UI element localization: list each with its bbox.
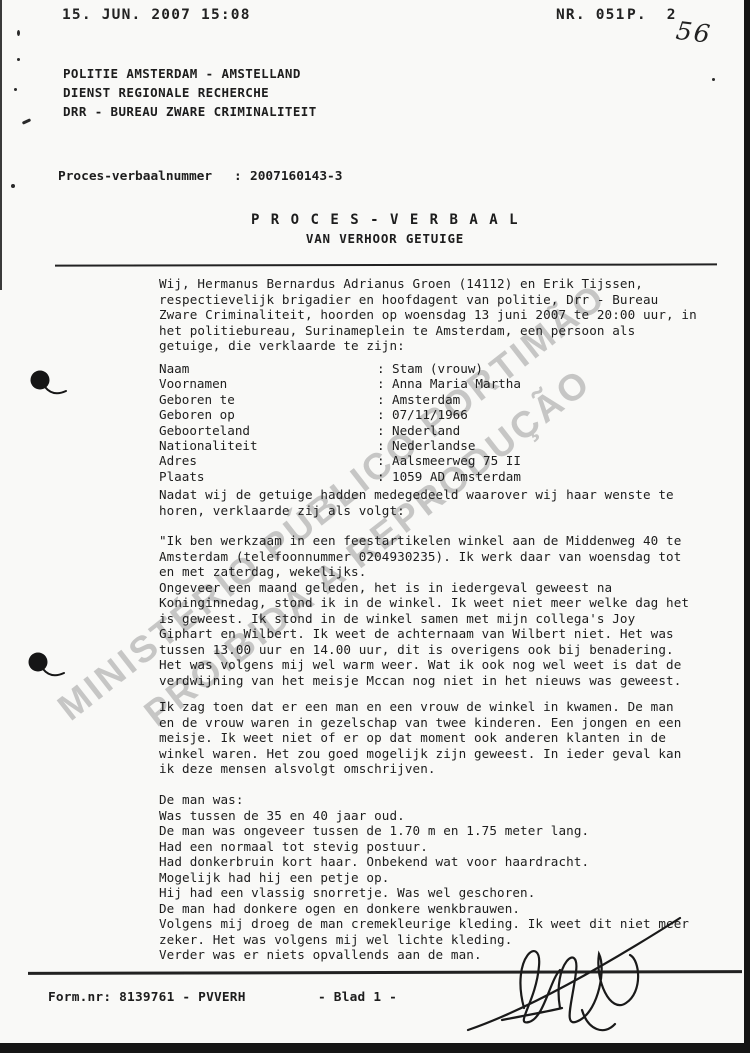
- witness-field-row: Geboren te:Amsterdam: [159, 392, 521, 407]
- field-separator: :: [377, 453, 392, 468]
- fax-page-number: P. 2: [627, 7, 677, 23]
- scan-speck: [14, 88, 17, 91]
- witness-field-row: Geboren op:07/11/1966: [159, 407, 521, 422]
- scan-speck: [17, 30, 20, 36]
- statement-paragraph-sighting: Ik zag toen dat er een man en een vrouw …: [159, 699, 681, 777]
- witness-field-row: Adres:Aalsmeerweg 75 II: [159, 453, 521, 468]
- watermark-stamp: MINISTÉRIO PÚBLICO PORTIMÃO PROIBIDA A R…: [0, 163, 732, 886]
- punch-hole-mark: [28, 368, 72, 400]
- punch-hole-mark: [26, 650, 70, 682]
- case-number-separator: :: [234, 169, 250, 184]
- statement-intro: Nadat wij de getuige hadden medegedeeld …: [159, 487, 674, 518]
- field-value: Stam (vrouw): [392, 361, 483, 376]
- field-separator: :: [377, 361, 392, 376]
- fax-timestamp: 15. JUN. 2007 15:08: [62, 7, 251, 23]
- scan-speck: [22, 118, 31, 125]
- agency-line: DRR - BUREAU ZWARE CRIMINALITEIT: [63, 102, 317, 121]
- field-separator: :: [377, 469, 392, 484]
- handwritten-page-number: 56: [674, 16, 713, 49]
- scan-speck: [11, 184, 15, 188]
- document-title-block: P R O C E S - V E R B A A L VAN VERHOOR …: [185, 212, 585, 246]
- field-label: Geboren te: [159, 392, 377, 407]
- intro-paragraph: Wij, Hermanus Bernardus Adrianus Groen (…: [159, 276, 697, 354]
- scan-edge-left: [0, 0, 2, 290]
- witness-details-table: Naam:Stam (vrouw) Voornamen:Anna Maria M…: [159, 361, 521, 484]
- case-number-value: 2007160143-3: [250, 169, 342, 184]
- witness-field-row: Voornamen:Anna Maria Martha: [159, 376, 521, 391]
- scan-speck: [17, 58, 20, 61]
- scan-speck: [712, 78, 715, 81]
- scan-edge-bottom: [0, 1043, 750, 1053]
- case-number-row: Proces-verbaalnummer : 2007160143-3: [58, 169, 342, 184]
- witness-field-row: Naam:Stam (vrouw): [159, 361, 521, 376]
- form-number: Form.nr: 8139761 - PVVERH: [48, 990, 246, 1005]
- field-label: Nationaliteit: [159, 438, 377, 453]
- field-value: Aalsmeerweg 75 II: [392, 453, 521, 468]
- field-label: Adres: [159, 453, 377, 468]
- signature-scribble: [462, 908, 687, 1043]
- field-label: Naam: [159, 361, 377, 376]
- fax-number: NR. 051: [556, 7, 626, 23]
- field-separator: :: [377, 392, 392, 407]
- field-value: Nederland: [392, 423, 460, 438]
- scan-edge-right: [744, 0, 750, 1053]
- header-divider-line: [55, 263, 717, 266]
- statement-paragraph-work: "Ik ben werkzaam in een feestartikelen w…: [159, 533, 689, 688]
- document-title: P R O C E S - V E R B A A L: [185, 212, 585, 228]
- agency-line: POLITIE AMSTERDAM - AMSTELLAND: [63, 64, 317, 83]
- agency-header: POLITIE AMSTERDAM - AMSTELLAND DIENST RE…: [63, 64, 317, 121]
- field-separator: :: [377, 438, 392, 453]
- scanned-police-report-page: MINISTÉRIO PÚBLICO PORTIMÃO PROIBIDA A R…: [0, 0, 750, 1053]
- field-separator: :: [377, 423, 392, 438]
- field-value: Nederlandse: [392, 438, 475, 453]
- field-label: Geboorteland: [159, 423, 377, 438]
- field-separator: :: [377, 407, 392, 422]
- witness-field-row: Nationaliteit:Nederlandse: [159, 438, 521, 453]
- field-label: Geboren op: [159, 407, 377, 422]
- field-value: 07/11/1966: [392, 407, 468, 422]
- witness-field-row: Plaats:1059 AD Amsterdam: [159, 469, 521, 484]
- agency-line: DIENST REGIONALE RECHERCHE: [63, 83, 317, 102]
- field-value: 1059 AD Amsterdam: [392, 469, 521, 484]
- field-value: Anna Maria Martha: [392, 376, 521, 391]
- field-value: Amsterdam: [392, 392, 460, 407]
- field-label: Plaats: [159, 469, 377, 484]
- document-subtitle: VAN VERHOOR GETUIGE: [185, 231, 585, 246]
- field-label: Voornamen: [159, 376, 377, 391]
- witness-field-row: Geboorteland:Nederland: [159, 423, 521, 438]
- page-label: - Blad 1 -: [318, 990, 397, 1005]
- field-separator: :: [377, 376, 392, 391]
- case-number-label: Proces-verbaalnummer: [58, 169, 234, 184]
